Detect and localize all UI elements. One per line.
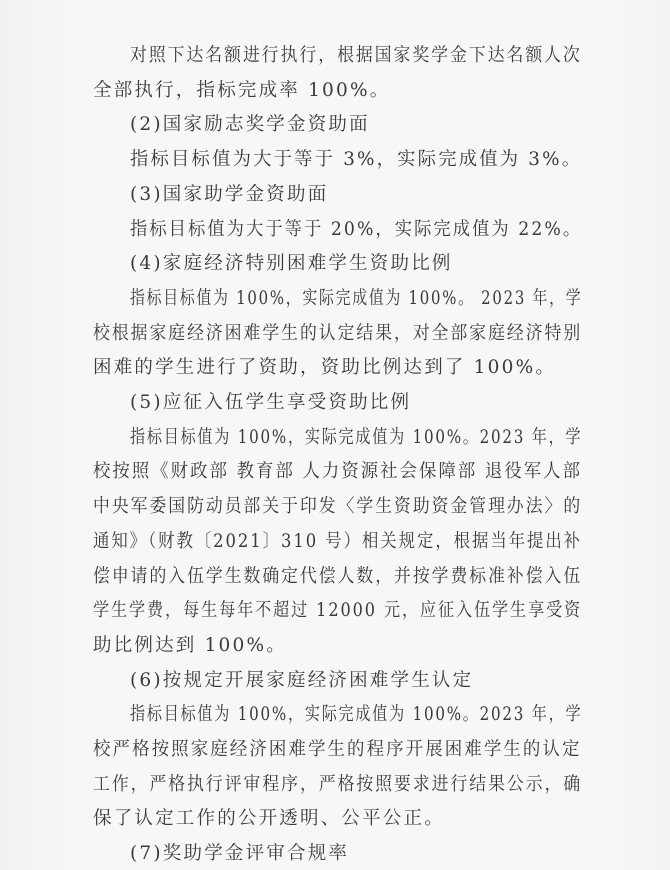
section-heading-6: (6)按规定开展家庭经济困难学生认定 <box>130 669 473 693</box>
paragraph-line: 通知》（财教〔2021〕310 号）相关规定，根据当年提出补 <box>93 530 582 554</box>
paragraph-line: 校按照《财政部 教育部 人力资源社会保障部 退役军人部 <box>93 460 582 484</box>
paragraph-line: 指标目标值为大于等于 20%，实际完成值为 22%。 <box>130 218 582 242</box>
paragraph-line: 学生学费，每生每年不超过 12000 元，应征入伍学生享受资 <box>93 599 582 623</box>
section-heading-4: (4)家庭经济特别困难学生资助比例 <box>130 252 453 276</box>
document-page: 对照下达名额进行执行，根据国家奖学金下达名额人次 全部执行，指标完成率 100%… <box>0 0 670 870</box>
paragraph-line: 指标目标值为 100%，实际完成值为 100%。 2023 年，学 <box>130 287 582 311</box>
paragraph-line: 困难的学生进行了资助，资助比例达到了 100%。 <box>93 356 556 380</box>
section-heading-7: (7)奖助学金评审合规率 <box>130 842 349 866</box>
paragraph-line: 工作，严格执行评审程序，严格按照要求进行结果公示，确 <box>93 773 582 797</box>
paragraph-line: 偿申请的入伍学生数确定代偿人数，并按学费标准补偿入伍 <box>93 565 582 589</box>
paragraph-line: 保了认定工作的公开透明、公平公正。 <box>93 807 445 831</box>
section-heading-2: (2)国家励志奖学金资助面 <box>130 113 370 137</box>
paragraph-line: 指标目标值为 100%，实际完成值为 100%。2023 年，学 <box>130 426 582 450</box>
section-heading-3: (3)国家助学金资助面 <box>130 183 328 207</box>
paragraph-line: 中央军委国防动员部关于印发〈学生资助资金管理办法〉的 <box>93 495 582 519</box>
paragraph-line: 对照下达名额进行执行，根据国家奖学金下达名额人次 <box>130 44 582 68</box>
paragraph-line: 校根据家庭经济困难学生的认定结果，对全部家庭经济特别 <box>93 322 582 346</box>
paragraph-line: 校严格按照家庭经济困难学生的程序开展困难学生的认定 <box>93 738 582 762</box>
paragraph-line: 指标目标值为 100%，实际完成值为 100%。2023 年，学 <box>130 703 582 727</box>
section-heading-5: (5)应征入伍学生享受资助比例 <box>130 391 411 415</box>
paragraph-line: 助比例达到 100%。 <box>93 634 287 658</box>
paragraph-line: 全部执行，指标完成率 100%。 <box>93 79 390 103</box>
paragraph-line: 指标目标值为大于等于 3%，实际完成值为 3%。 <box>130 148 582 172</box>
